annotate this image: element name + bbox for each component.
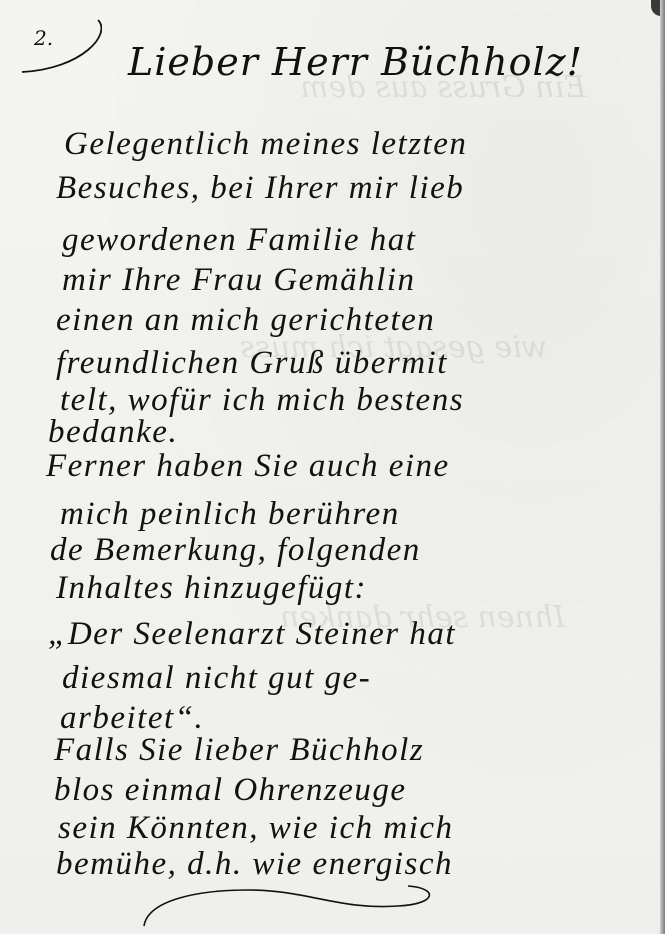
salutation: Lieber Herr Büchholz! bbox=[128, 40, 583, 84]
letter-line: Gelegentlich meines letzten bbox=[64, 126, 467, 163]
letter-line: gewordenen Familie hat bbox=[62, 222, 416, 259]
letter-line: bemühe, d.h. wie energisch bbox=[56, 846, 453, 883]
letter-line: „Der Seelenarzt Steiner hat bbox=[48, 616, 456, 653]
letter-line: bedanke. bbox=[48, 414, 178, 451]
letter-line: mich peinlich berühren bbox=[60, 496, 400, 533]
page-number-arc bbox=[12, 14, 102, 78]
letter-line: de Bemerkung, folgenden bbox=[50, 532, 421, 569]
letter-line: einen an mich gerichteten bbox=[56, 302, 435, 339]
letter-line: diesmal nicht gut ge- bbox=[62, 660, 371, 697]
letter-line: Falls Sie lieber Büchholz bbox=[54, 732, 424, 769]
letter-line: Ferner haben Sie auch eine bbox=[46, 448, 450, 485]
letter-line: freundlichen Gruß übermit bbox=[56, 345, 448, 382]
letter-line: Inhaltes hinzugefügt: bbox=[56, 570, 367, 607]
closing-flourish bbox=[138, 880, 458, 930]
page-number: 2. bbox=[34, 26, 53, 50]
letter-line: blos einmal Ohrenzeuge bbox=[54, 772, 407, 809]
letter-line: mir Ihre Frau Gemählin bbox=[62, 262, 416, 299]
page-edge bbox=[660, 0, 665, 934]
letter-line: sein Könnten, wie ich mich bbox=[58, 810, 454, 847]
letter-line: Besuches, bei Ihrer mir lieb bbox=[56, 170, 464, 207]
letter-page: Ein Gruss aus dem wie gesagt ich muss Ih… bbox=[0, 0, 665, 934]
